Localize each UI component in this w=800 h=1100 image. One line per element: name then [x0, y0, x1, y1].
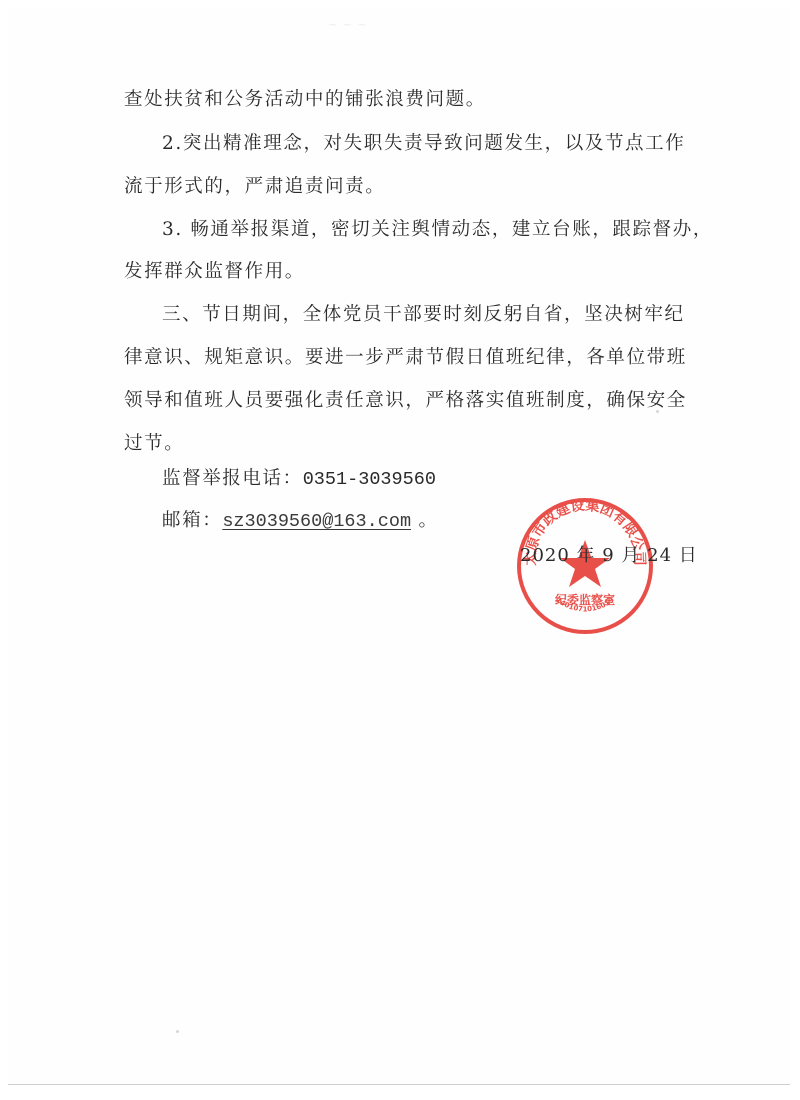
email-suffix: 。 — [411, 510, 439, 531]
phone-label: 监督举报电话： — [162, 468, 303, 489]
paragraph-line: 过节。 — [124, 432, 184, 456]
paragraph-line: 领导和值班人员要强化责任意识，严格落实值班制度，确保安全 — [124, 389, 687, 413]
paragraph-line: 3. 畅通举报渠道，密切关注舆情动态，建立台账，跟踪督办， — [162, 218, 713, 242]
document-date: 2020 年 9 月 24 日 — [520, 544, 698, 568]
scan-artifact: ~ ~ ~ — [328, 18, 418, 32]
paragraph-line: 查处扶贫和公务活动中的铺张浪费问题。 — [124, 88, 486, 112]
email-link[interactable]: sz3039560@163.com — [222, 511, 411, 532]
contact-email-line: 邮箱：sz3039560@163.com 。 — [162, 509, 439, 534]
paragraph-line: 发挥群众监督作用。 — [124, 260, 305, 284]
contact-phone-line: 监督举报电话：0351-3039560 — [162, 467, 436, 492]
paragraph-line: 流于形式的，严肃追责问责。 — [124, 175, 385, 199]
phone-number: 0351-3039560 — [303, 469, 436, 490]
document-page: ~ ~ ~ 查处扶贫和公务活动中的铺张浪费问题。 2.突出精准理念，对失职失责导… — [8, 8, 790, 1085]
paragraph-line: 2.突出精准理念，对失职失责导致问题发生，以及节点工作 — [162, 132, 685, 156]
scan-speck — [176, 1030, 179, 1033]
email-label: 邮箱： — [162, 510, 222, 531]
paragraph-line: 律意识、规矩意识。要进一步严肃节假日值班纪律，各单位带班 — [124, 346, 687, 370]
scan-speck — [656, 410, 659, 413]
paragraph-line: 三、节日期间，全体党员干部要时刻反躬自省，坚决树牢纪 — [162, 303, 685, 327]
